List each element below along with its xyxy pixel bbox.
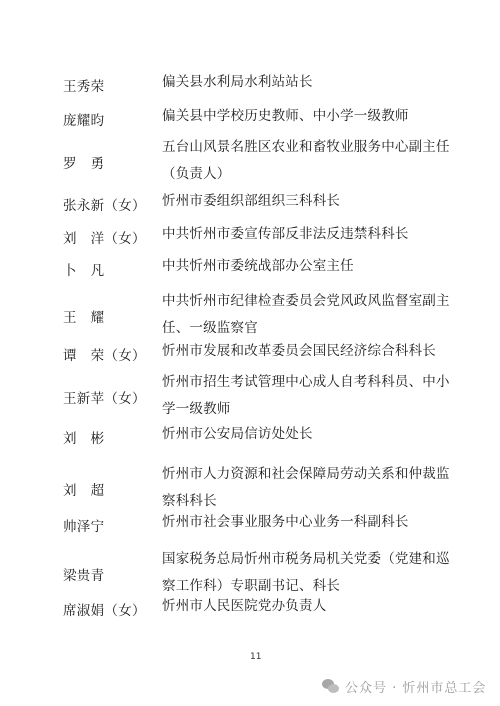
entry-position: 忻州市人民医院党办负责人 bbox=[162, 593, 462, 620]
entry-name: 罗 勇 bbox=[63, 152, 104, 172]
entry-position: 忻州市委组织部组织三科科长 bbox=[162, 188, 462, 215]
entry-name: 庞耀昀 bbox=[63, 109, 104, 129]
entry-name: 席淑娟（女） bbox=[63, 599, 146, 619]
entry-name: 王秀荣 bbox=[63, 75, 104, 95]
entry-position: 忻州市发展和改革委员会国民经济综合科科长 bbox=[162, 338, 462, 365]
entry-position: 忻州市公安局信访处处长 bbox=[162, 421, 462, 448]
entry-name: 王 耀 bbox=[63, 306, 104, 326]
entry-position: 中共忻州市纪律检查委员会党风政风监督室副主任、一级监察官 bbox=[162, 288, 462, 342]
entry-position: 五台山风景名胜区农业和畜牧业服务中心副主任（负责人） bbox=[162, 134, 462, 188]
wechat-icon bbox=[322, 679, 340, 695]
entry-name: 刘 彬 bbox=[63, 427, 104, 447]
entry-name: 刘 洋（女） bbox=[63, 227, 146, 247]
entry-position: 偏关县中学校历史教师、中小学一级教师 bbox=[162, 103, 462, 130]
entry-position: 国家税务总局忻州市税务局机关党委（党建和巡察工作科）专职副书记、科长 bbox=[162, 546, 462, 600]
entry-position: 忻州市招生考试管理中心成人自考科科员、中小学一级教师 bbox=[162, 369, 462, 423]
page-number: 11 bbox=[250, 652, 261, 662]
entry-name: 谭 荣（女） bbox=[63, 344, 146, 364]
watermark-text: 公众号 · 忻州市总工会 bbox=[345, 677, 486, 696]
entry-name: 卜 凡 bbox=[63, 259, 104, 279]
entry-position: 偏关县水利局水利站站长 bbox=[162, 69, 462, 96]
entry-position: 忻州市社会事业服务中心业务一科副科长 bbox=[162, 509, 462, 536]
entry-name: 梁贵青 bbox=[63, 564, 104, 584]
entry-name: 张永新（女） bbox=[63, 194, 146, 214]
entry-position: 中共忻州市委统战部办公室主任 bbox=[162, 253, 462, 280]
entry-name: 帅泽宁 bbox=[63, 515, 104, 535]
entry-position: 中共忻州市委宣传部反非法反违禁科科长 bbox=[162, 221, 462, 248]
entry-position: 忻州市人力资源和社会保障局劳动关系和仲裁监察科科长 bbox=[162, 461, 462, 515]
entry-name: 刘 超 bbox=[63, 479, 104, 499]
watermark: 公众号 · 忻州市总工会 bbox=[322, 677, 486, 696]
entry-name: 王新苹（女） bbox=[63, 387, 146, 407]
